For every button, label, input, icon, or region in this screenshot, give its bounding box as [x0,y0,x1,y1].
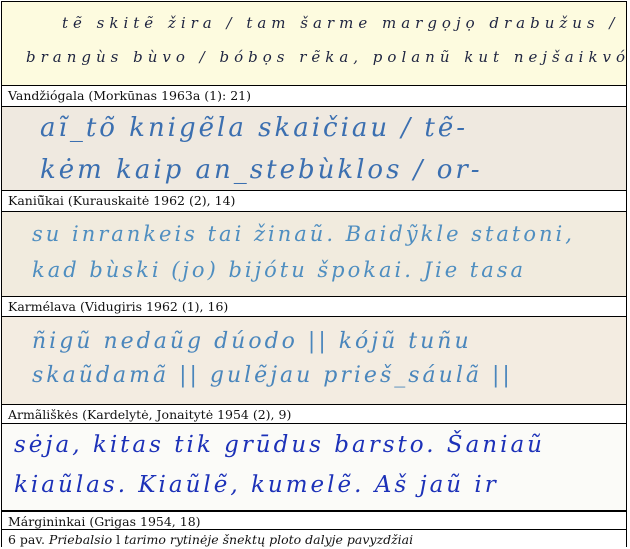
handwriting-line: brangùs bùvo / bóbọs rẽka, polanũ kut ne… [26,48,626,66]
handwriting-line: kėm kaip an_stebùklos / or- [40,155,483,185]
figure-caption-italic-2: tarimo rytinėje šnektų ploto dalyje pavy… [124,532,413,547]
sample-caption-1: Vandžiógala (Morkūnas 1963a (1): 21) [2,86,626,106]
handwriting-sample-1: tẽ skitẽ žira / tam šarme margọjọ drabuž… [2,2,626,86]
handwriting-line: kad bùski (jo) bijótu špokai. Jie tasa [32,258,526,282]
handwriting-line: skaũdamã || gulẽjau prieš_sáulã || [32,363,513,388]
handwriting-line: su inrankeis tai žinaũ. Baidỹkle statoni… [32,222,575,246]
figure-caption-italic-1: Priebalsio [49,532,112,547]
handwriting-sample-4: ñigũ nedaũg dúodo || kójũ tuñu skaũdamã … [2,316,626,405]
sample-caption-4: Armãliškės (Kardelytė, Jonaitytė 1954 (2… [2,405,626,425]
handwriting-sample-5: sėja, kitas tik grūdus barsto. Šaniaũ ki… [2,423,626,511]
handwriting-sample-3: su inrankeis tai žinaũ. Baidỹkle statoni… [2,211,626,297]
sample-caption-3: Karmélava (Vidugiris 1962 (1), 16) [2,297,626,317]
handwriting-line: sėja, kitas tik grūdus barsto. Šaniaũ [14,432,545,458]
sample-caption-2: Kaniũ̃kai (Kurauskaitė 1962 (2), 14) [2,191,626,211]
figure-caption: 6 pav. Priebalsio l tarimo rytinėje šnek… [2,529,626,549]
figure-caption-symbol: l [116,532,120,547]
handwriting-sample-2: aĩ_tõ knigẽla skaičiau / tẽ- kėm kaip an… [2,106,626,191]
sample-caption-5: Márgininkai (Grigas 1954, 18) [2,511,626,531]
handwriting-line: tẽ skitẽ žira / tam šarme margọjọ drabuž… [62,14,626,32]
figure-number: 6 pav. [8,532,45,547]
figure-frame: tẽ skitẽ žira / tam šarme margọjọ drabuž… [1,1,627,547]
handwriting-line: kiaũlas. Kiaũlẽ, kumelẽ. Aš jaũ ir [14,472,499,498]
handwriting-line: ñigũ nedaũg dúodo || kójũ tuñu [32,329,472,354]
handwriting-line: aĩ_tõ knigẽla skaičiau / tẽ- [40,113,468,143]
